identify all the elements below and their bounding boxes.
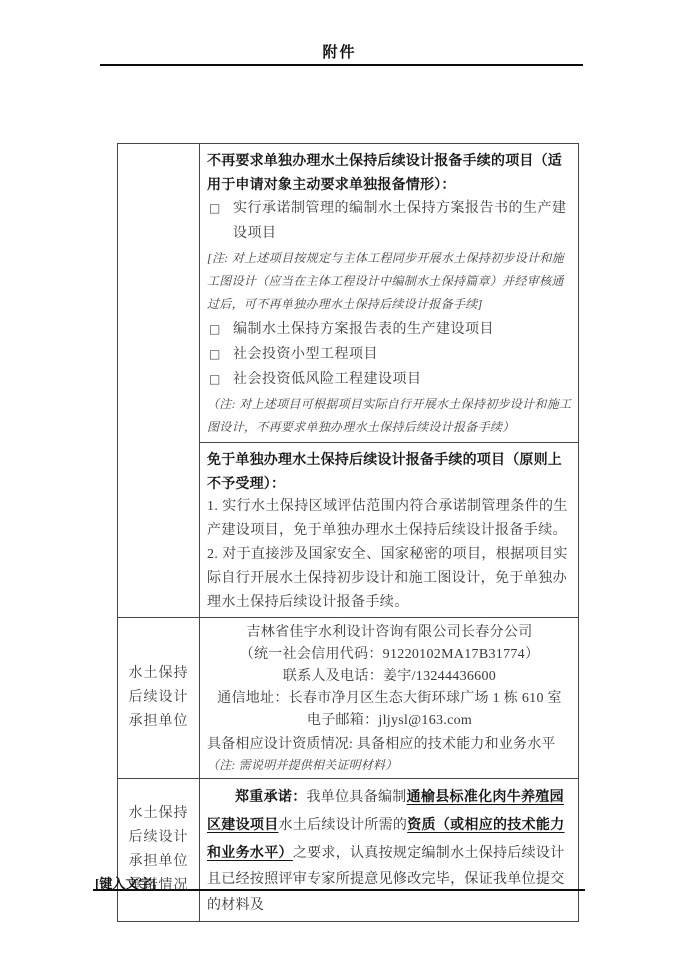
page-title: 附件 <box>0 41 679 62</box>
exempt-item-1: 1. 实行水土保持区域评估范围内符合承诺制管理条件的生产建设项目，免于单独办理水… <box>207 495 572 543</box>
checkbox-icon[interactable]: □ <box>207 317 233 342</box>
section-heading: 不再要求单独办理水土保持后续设计报备手续的项目（适用于申请对象主动要求单独报备情… <box>207 148 572 196</box>
qualification-note: （注: 需说明并提供相关证明材料） <box>207 758 397 772</box>
header-divider <box>100 64 583 66</box>
empty-label-cell <box>118 144 200 618</box>
note-text: （注: 对上述项目可根据项目实际自行开展水土保持初步设计和施工图设计，不再要求单… <box>207 393 572 439</box>
table-row: 水土保持 后续设计 承担单位 吉林省佳宇水利设计咨询有限公司长春分公司 （统一社… <box>118 618 579 779</box>
checkbox-item: □ 社会投资低风险工程建设项目 <box>207 367 572 392</box>
checkbox-item-label: 编制水土保持方案报告表的生产建设项目 <box>233 317 572 342</box>
section-heading: 免于单独办理水土保持后续设计报备手续的项目（原则上不予受理）： <box>207 447 572 495</box>
undertaker-label-cell: 水土保持 后续设计 承担单位 <box>118 618 200 779</box>
checkbox-item-label: 社会投资低风险工程建设项目 <box>233 367 572 392</box>
checkbox-icon[interactable]: □ <box>207 342 233 367</box>
checkbox-item-label: 实行承诺制管理的编制水土保持方案报告书的生产建设项目 <box>233 196 572 246</box>
no-longer-required-cell: 不再要求单独办理水土保持后续设计报备手续的项目（适用于申请对象主动要求单独报备情… <box>200 144 579 443</box>
contact-phone: 联系人及电话：姜宇/13244436600 <box>207 666 572 688</box>
checkbox-icon[interactable]: □ <box>207 367 233 392</box>
checkbox-item: □ 编制水土保持方案报告表的生产建设项目 <box>207 317 572 342</box>
commitment-lead: 郑重承诺： <box>235 788 307 804</box>
credit-code: （统一社会信用代码：91220102MA17B31774） <box>207 644 572 666</box>
checkbox-item: □ 实行承诺制管理的编制水土保持方案报告书的生产建设项目 <box>207 196 572 246</box>
mailing-address: 通信地址：长春市净月区生态大街环球广场 1 栋 610 室 <box>207 688 572 710</box>
undertaker-info-cell: 吉林省佳宇水利设计咨询有限公司长春分公司 （统一社会信用代码：91220102M… <box>200 618 579 779</box>
table-row: 水土保持 后续设计 承担单位 承诺情况 郑重承诺：我单位具备编制通榆县标准化肉牛… <box>118 779 579 922</box>
qualification-statement: 具备相应设计资质情况: 具备相应的技术能力和业务水平 <box>207 737 556 752</box>
commitment-cell: 郑重承诺：我单位具备编制通榆县标准化肉牛养殖园区建设项目水土后续设计所需的资质（… <box>200 779 579 922</box>
table-row: 不再要求单独办理水土保持后续设计报备手续的项目（适用于申请对象主动要求单独报备情… <box>118 144 579 443</box>
qualification-line: 具备相应设计资质情况: 具备相应的技术能力和业务水平（注: 需说明并提供相关证明… <box>207 734 572 776</box>
email-address: 电子邮箱：jljysl@163.com <box>207 710 572 732</box>
document-page: 附件 不再要求单独办理水土保持后续设计报备手续的项目（适用于申请对象主动要求单独… <box>0 0 679 959</box>
checkbox-item-label: 社会投资小型工程项目 <box>233 342 572 367</box>
footer-divider <box>93 889 585 891</box>
approval-form-table: 不再要求单独办理水土保持后续设计报备手续的项目（适用于申请对象主动要求单独报备情… <box>117 143 579 922</box>
company-name: 吉林省佳宇水利设计咨询有限公司长春分公司 <box>207 622 572 644</box>
exempt-cell: 免于单独办理水土保持后续设计报备手续的项目（原则上不予受理）： 1. 实行水土保… <box>200 443 579 618</box>
commitment-seg1: 我单位具备编制 <box>307 790 407 805</box>
commitment-label-cell: 水土保持 后续设计 承担单位 承诺情况 <box>118 779 200 922</box>
note-text: [注: 对上述项目按规定与主体工程同步开展水土保持初步设计和施工图设计（应当在主… <box>207 247 572 316</box>
commitment-seg2: 水土后续设计所需的 <box>279 818 408 833</box>
exempt-item-2: 2. 对于直接涉及国家安全、国家秘密的项目，根据项目实际自行开展水土保持初步设计… <box>207 543 572 615</box>
commitment-paragraph: 郑重承诺：我单位具备编制通榆县标准化肉牛养殖园区建设项目水土后续设计所需的资质（… <box>207 783 572 919</box>
checkbox-item: □ 社会投资小型工程项目 <box>207 342 572 367</box>
row-label: 水土保持 后续设计 承担单位 <box>118 662 199 734</box>
checkbox-icon[interactable]: □ <box>207 196 233 221</box>
